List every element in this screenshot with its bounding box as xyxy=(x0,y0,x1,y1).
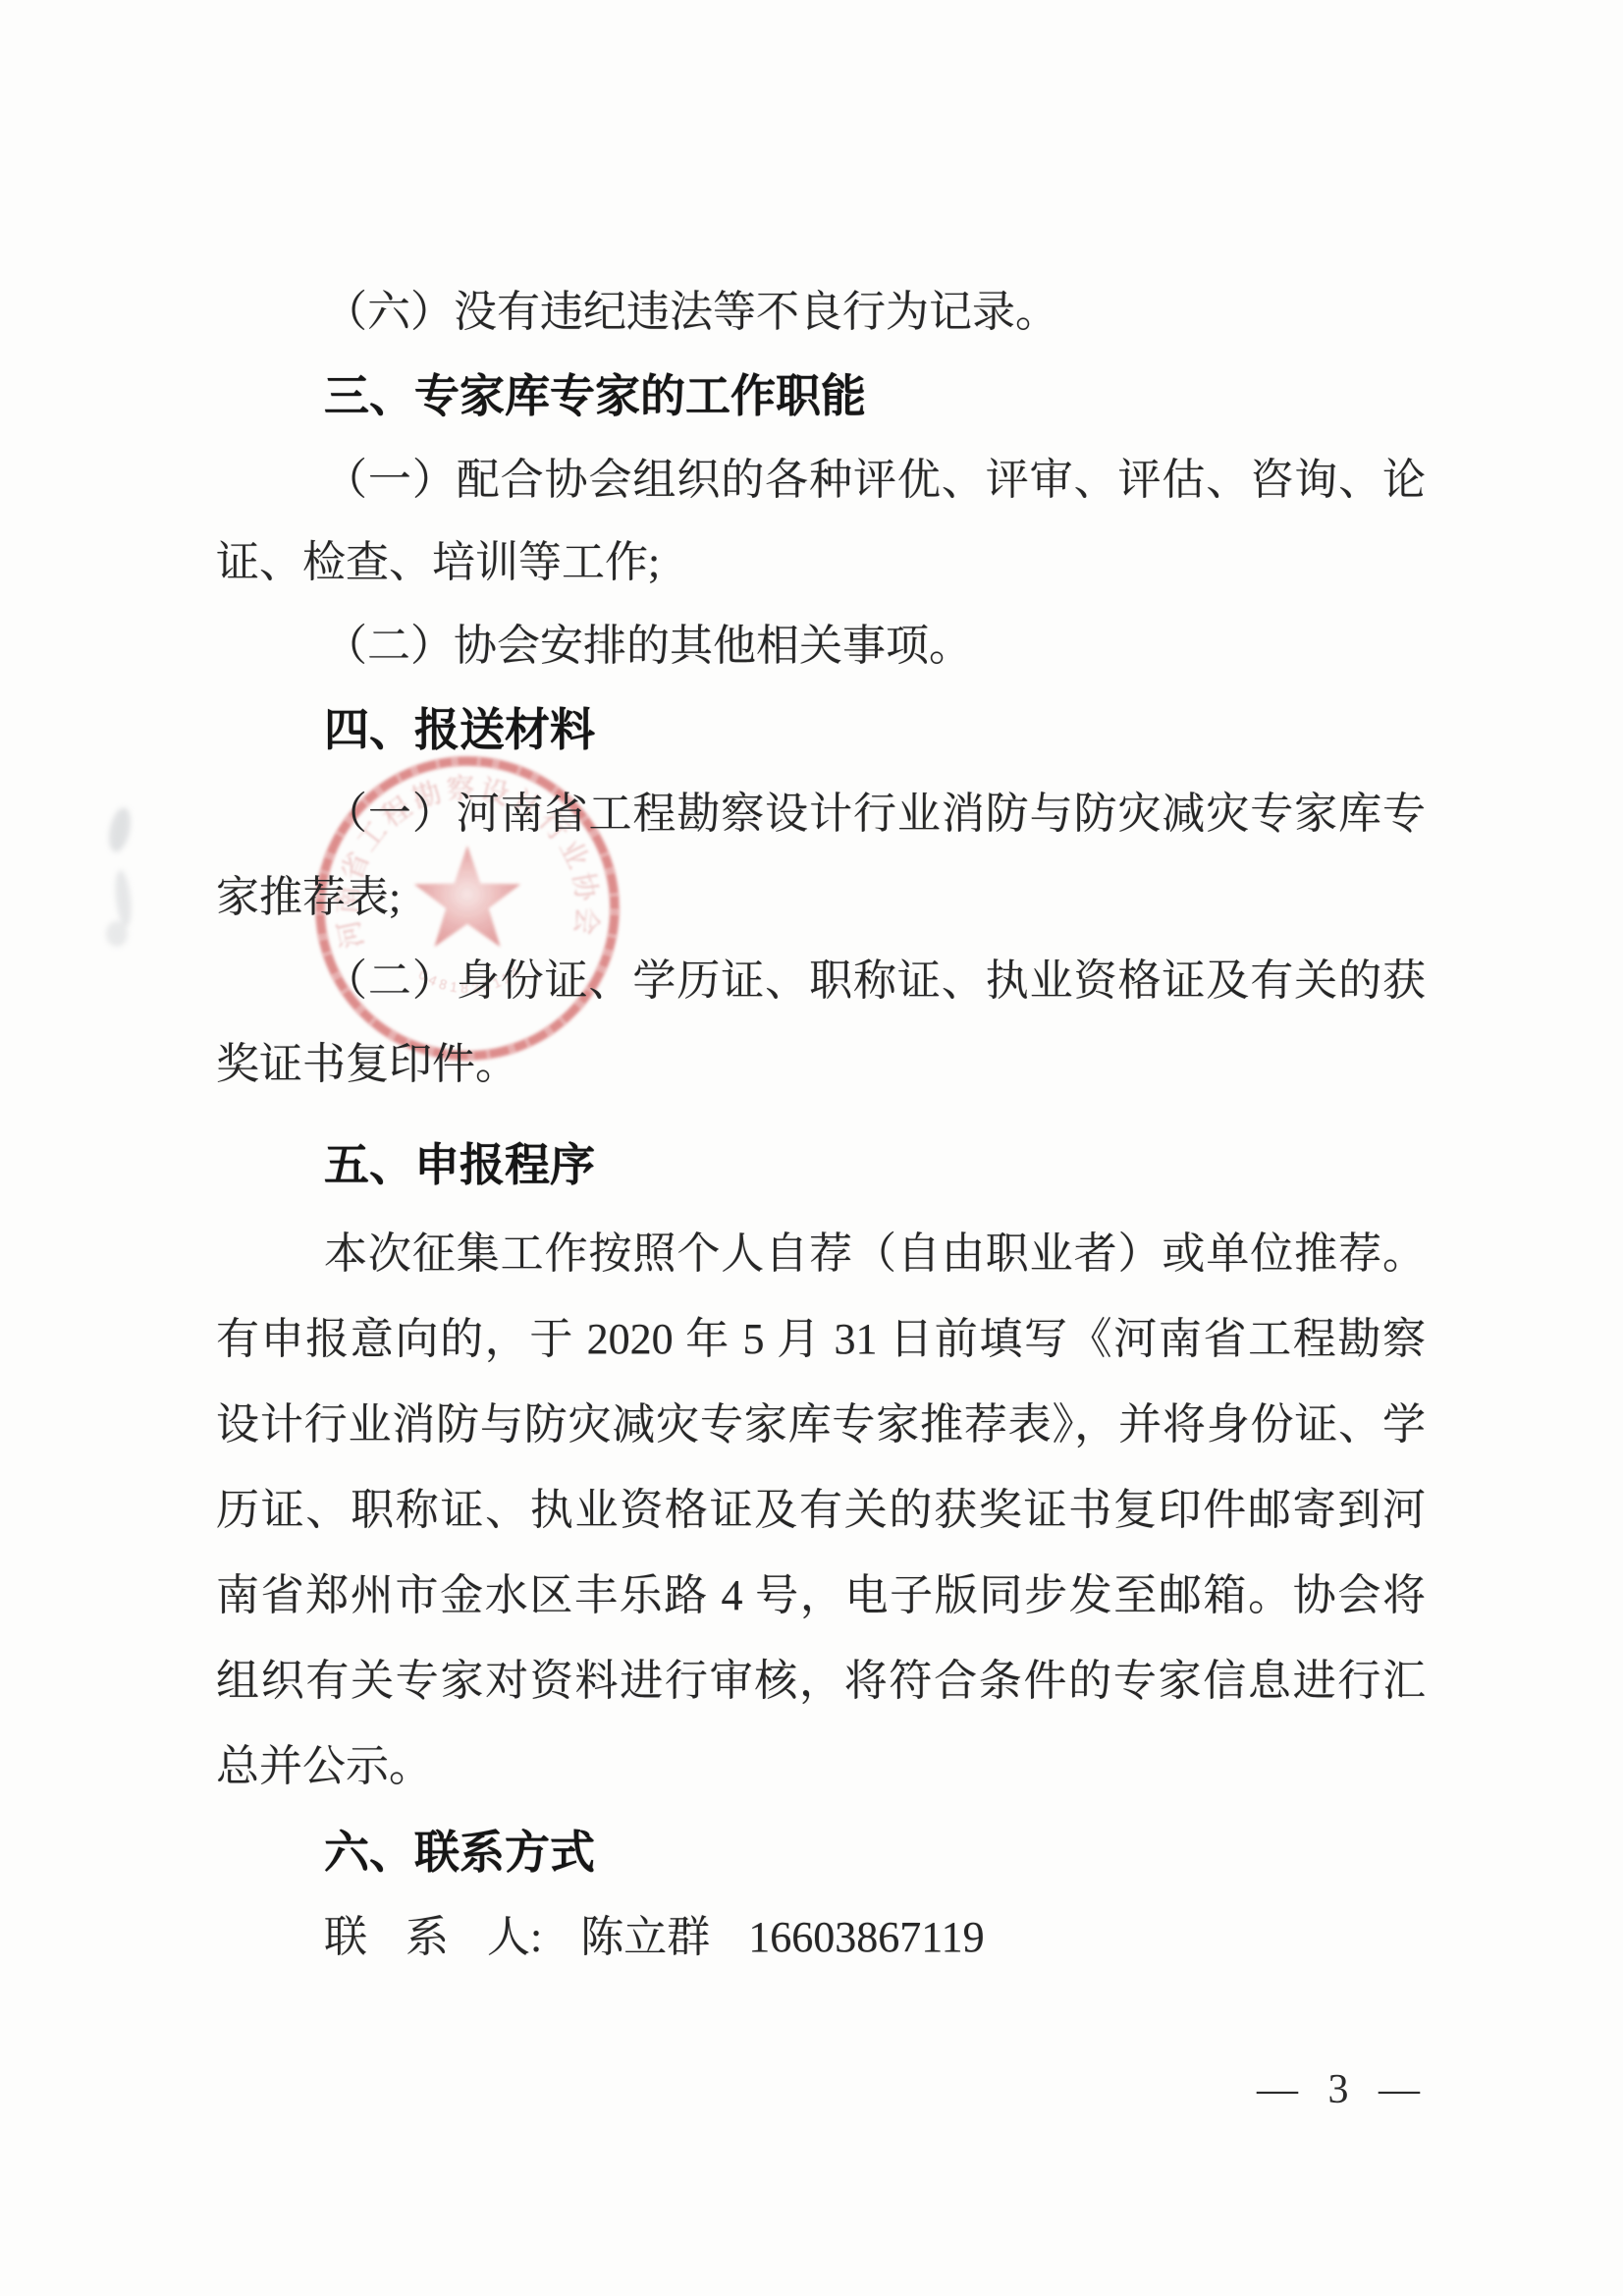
paragraph-line: 本次征集工作按照个人自荐（自由职业者）或单位推荐。 xyxy=(216,1225,1426,1284)
scan-smudge xyxy=(106,921,128,947)
paragraph-line: 有申报意向的，于 2020 年 5 月 31 日前填写《河南省工程勘察 xyxy=(216,1310,1426,1369)
paragraph-line: 总并公示。 xyxy=(216,1737,1426,1796)
paragraph-line: （二）协会安排的其他相关事项。 xyxy=(216,617,1426,676)
paragraph-line: 奖证书复印件。 xyxy=(216,1035,1426,1094)
paragraph-line: 家推荐表; xyxy=(216,868,1426,927)
section-heading-6: 六、联系方式 xyxy=(216,1823,1426,1882)
paragraph-line: 证、检查、培训等工作; xyxy=(216,533,1426,592)
page-number: — 3 — xyxy=(1245,2060,1441,2119)
section-heading-4: 四、报送材料 xyxy=(216,700,1426,759)
document-page: { "page": { "number_label": "— 3 —" }, "… xyxy=(0,0,1623,2296)
paragraph-line: （二）身份证、学历证、职称证、执业资格证及有关的获 xyxy=(216,952,1426,1011)
paragraph-line: （六）没有违纪违法等不良行为记录。 xyxy=(216,283,1426,342)
paragraph-line: 历证、职称证、执业资格证及有关的获奖证书复印件邮寄到河 xyxy=(216,1481,1426,1540)
section-heading-5: 五、申报程序 xyxy=(216,1135,1426,1194)
paragraph-line: （一）河南省工程勘察设计行业消防与防灾减灾专家库专 xyxy=(216,785,1426,844)
paragraph-line: 组织有关专家对资料进行审核，将符合条件的专家信息进行汇 xyxy=(216,1652,1426,1711)
section-heading-3: 三、专家库专家的工作职能 xyxy=(216,366,1426,425)
paragraph-line: （一）配合协会组织的各种评优、评审、评估、咨询、论 xyxy=(216,451,1426,510)
contact-line: 联 系 人: 陈立群 16603867119 xyxy=(216,1908,1426,1967)
paragraph-line: 南省郑州市金水区丰乐路 4 号，电子版同步发至邮箱。协会将 xyxy=(216,1566,1426,1625)
paragraph-line: 设计行业消防与防灾减灾专家库专家推荐表》，并将身份证、学 xyxy=(216,1395,1426,1454)
